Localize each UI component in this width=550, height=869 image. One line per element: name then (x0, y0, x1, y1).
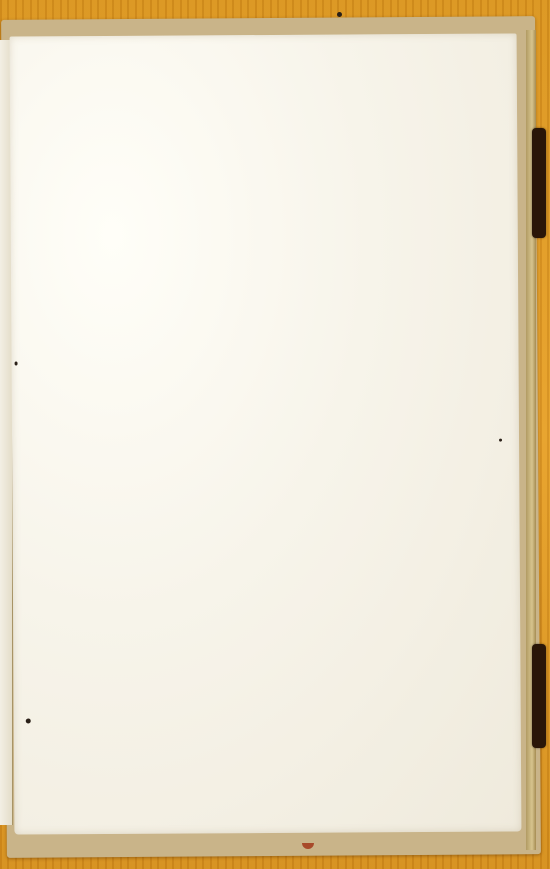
spine-label-top (532, 128, 546, 238)
photo-scene (0, 0, 550, 869)
pin-hole (337, 12, 342, 17)
blank-book-page (10, 33, 522, 834)
spine-label-bottom (532, 644, 546, 748)
page-content (50, 74, 481, 795)
ink-speck (15, 362, 18, 366)
ink-speck (499, 439, 502, 442)
ink-speck (26, 718, 31, 723)
